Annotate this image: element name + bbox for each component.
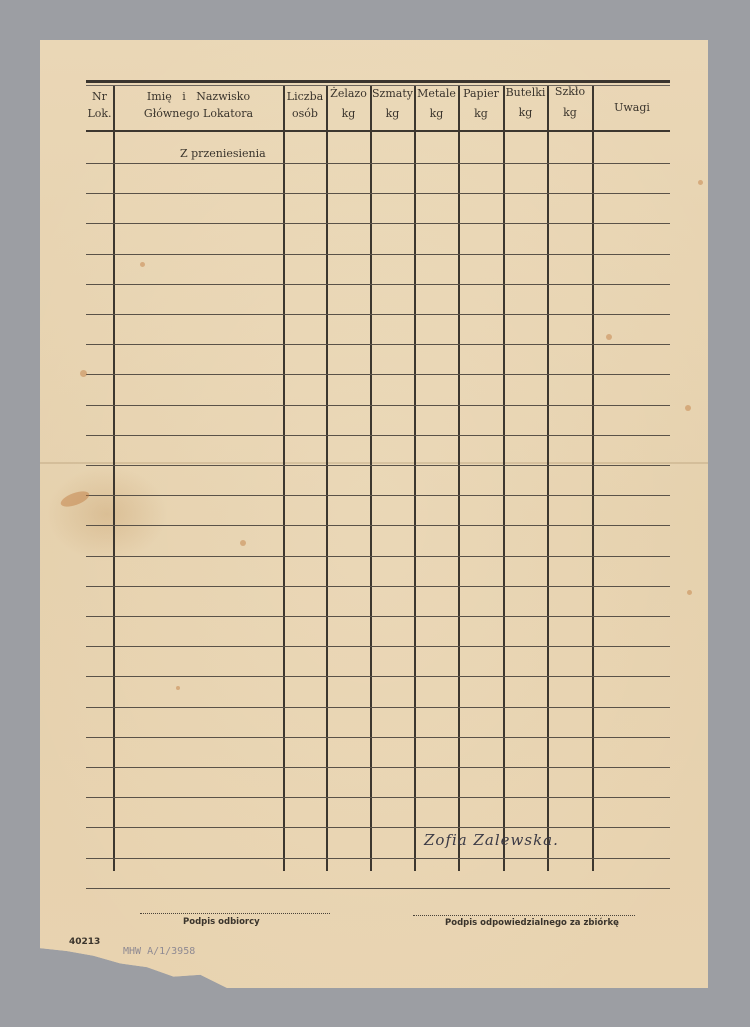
carried-over-label: Z przeniesienia <box>180 147 266 160</box>
header-line: Uwagi <box>593 99 671 116</box>
header-line: Papier <box>459 84 503 104</box>
header-line: Lok. <box>86 105 113 122</box>
col-divider <box>592 86 594 871</box>
header-line: Metale <box>415 84 458 104</box>
header-line: kg <box>459 104 503 124</box>
receiver-signature-line[interactable] <box>140 913 330 914</box>
header-line: Nr <box>86 88 113 105</box>
row-rule <box>86 193 670 194</box>
col-header-iron: Żelazo kg <box>327 84 370 124</box>
row-rule <box>86 405 670 406</box>
col-header-metals: Metale kg <box>415 84 458 124</box>
col-divider <box>113 86 115 871</box>
document-page: Nr Lok. Imię i Nazwisko Głównego Lokator… <box>40 40 708 988</box>
header-line: kg <box>415 104 458 124</box>
header-line: kg <box>548 102 592 123</box>
header-line: kg <box>327 104 370 124</box>
header-line: Żelazo <box>327 84 370 104</box>
stain <box>698 180 703 185</box>
col-header-rags: Szmaty kg <box>371 84 414 124</box>
paper-fold <box>40 462 708 464</box>
header-line: kg <box>371 104 414 124</box>
col-header-bottles: Butelki kg <box>504 83 547 123</box>
row-rule <box>86 284 670 285</box>
header-line: Szkło <box>548 81 592 102</box>
row-rule <box>86 767 670 768</box>
col-divider <box>414 86 416 871</box>
row-rule <box>86 223 670 224</box>
row-rule <box>86 344 670 345</box>
col-header-name: Imię i Nazwisko Głównego Lokatora <box>114 88 283 122</box>
stain <box>140 262 145 267</box>
form-number: 40213 <box>69 937 100 947</box>
row-rule <box>86 525 670 526</box>
col-header-glass: Szkło kg <box>548 81 592 123</box>
col-divider <box>326 86 328 871</box>
col-header-persons: Liczba osób <box>284 88 326 122</box>
stain <box>176 686 180 690</box>
stain <box>59 488 91 510</box>
stain <box>685 405 691 411</box>
row-rule <box>86 163 670 164</box>
stain <box>687 590 692 595</box>
row-rule <box>86 495 670 496</box>
stain <box>606 334 612 340</box>
row-rule <box>86 888 670 889</box>
row-rule <box>86 858 670 859</box>
header-line: Szmaty <box>371 84 414 104</box>
header-line: Butelki <box>504 83 547 103</box>
col-divider <box>370 86 372 871</box>
responsible-signature-line[interactable] <box>413 915 635 916</box>
header-line: osób <box>284 105 326 122</box>
col-header-nr-lok: Nr Lok. <box>86 88 113 122</box>
stain <box>80 370 87 377</box>
col-divider <box>458 86 460 871</box>
row-rule <box>86 616 670 617</box>
stain <box>240 540 246 546</box>
responsible-signature-label: Podpis odpowiedzialnego za zbiórkę <box>445 918 619 928</box>
row-rule <box>86 556 670 557</box>
row-rule <box>86 465 670 466</box>
row-rule <box>86 374 670 375</box>
row-rule <box>86 435 670 436</box>
row-rule <box>86 707 670 708</box>
col-divider <box>547 86 549 871</box>
accession-mark: MHW A/1/3958 <box>123 946 195 957</box>
header-line: Liczba <box>284 88 326 105</box>
col-divider <box>283 86 285 871</box>
row-rule <box>86 314 670 315</box>
col-divider <box>503 86 505 871</box>
row-rule <box>86 827 670 828</box>
row-rule <box>86 797 670 798</box>
row-rule <box>86 646 670 647</box>
header-bottom-rule <box>86 130 670 132</box>
header-line: Głównego Lokatora <box>114 105 283 122</box>
row-rule <box>86 676 670 677</box>
row-rule <box>86 586 670 587</box>
row-rule <box>86 737 670 738</box>
row-rule <box>86 254 670 255</box>
handwritten-signature: Zofia Zalewska. <box>424 831 559 849</box>
header-line: Imię i Nazwisko <box>114 88 283 105</box>
receiver-signature-label: Podpis odbiorcy <box>183 917 260 927</box>
col-header-paper: Papier kg <box>459 84 503 124</box>
header-line: kg <box>504 103 547 123</box>
col-header-remarks: Uwagi <box>593 99 671 116</box>
